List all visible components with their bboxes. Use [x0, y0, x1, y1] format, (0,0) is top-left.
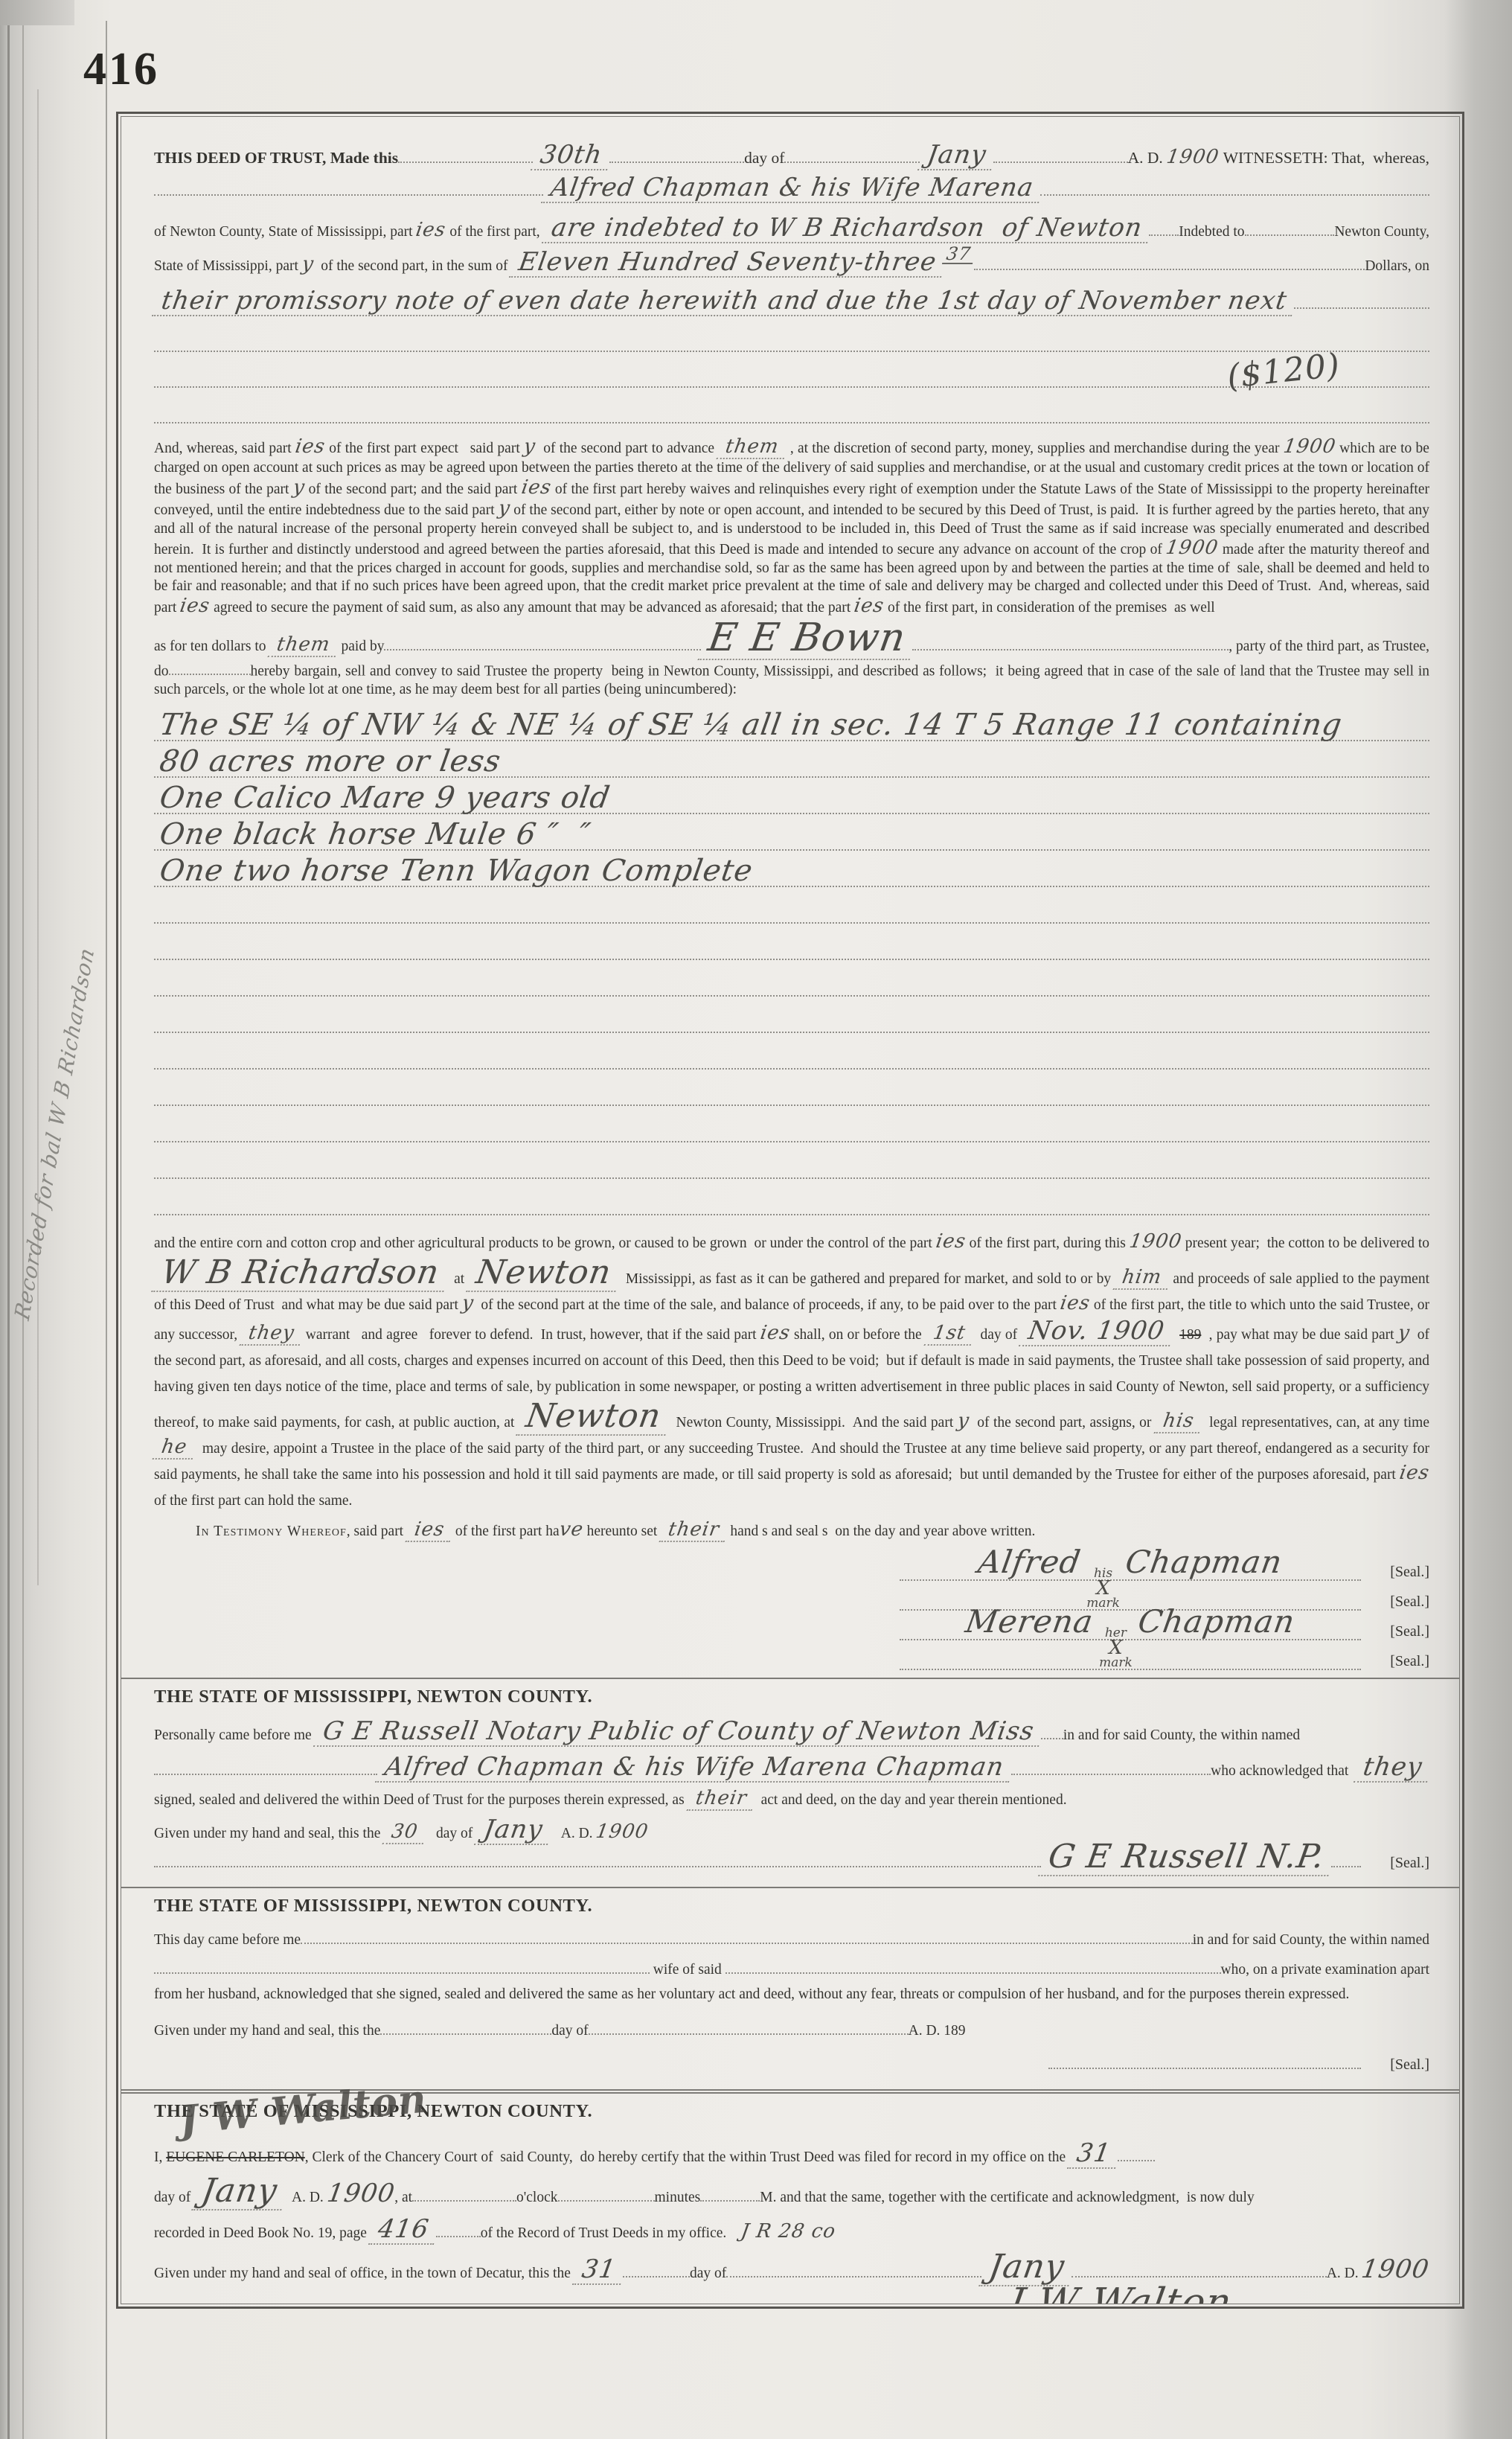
printed-text: A. D. 189	[909, 2022, 966, 2041]
blank-gap	[1071, 2260, 1327, 2277]
printed-text: , at	[394, 2189, 412, 2208]
printed-text: Newton County, Mississippi. And the said…	[668, 1415, 958, 1431]
blank-gap	[384, 634, 700, 650]
blank-gap	[154, 1759, 377, 1775]
handwritten-text: The SE ¼ of NW ¼ & NE ¼ of SE ¼ all in s…	[152, 710, 1345, 740]
printed-text: of the second part, in the sum of	[314, 258, 512, 276]
printed-text: present year; the cotton to be delivered…	[1182, 1236, 1433, 1251]
printed-text: and the entire corn and cotton crop and …	[154, 1236, 936, 1251]
handwritten-text: Jany	[917, 142, 996, 170]
testimony-line: In Testimony Whereof, said part ies of t…	[154, 1520, 1429, 1542]
handwritten-text: 31	[1067, 2141, 1120, 2169]
blank-gap	[436, 2220, 481, 2237]
handwritten-text: Newton	[466, 1256, 621, 1292]
mark-bottom-label: mark	[1099, 1657, 1133, 1669]
signature-rule: MerenaherXmarkChapman	[900, 1608, 1361, 1671]
blank-rule	[154, 997, 1429, 1033]
section-divider	[121, 1887, 1459, 1888]
handwritten-text: G E Russell N.P.	[1038, 1841, 1334, 1876]
deed-opening-segments: THIS DEED OF TRUST, Made this30thday ofJ…	[154, 142, 1429, 170]
printed-text: Indebted to	[1179, 223, 1244, 242]
printed-text: of the second part at the time of the sa…	[474, 1297, 1060, 1313]
ack2-line4-segments: Given under my hand and seal, this theda…	[154, 2018, 1429, 2040]
handwritten-text: his	[1153, 1411, 1202, 1433]
cert-line4-segments: Given under my hand and seal of office, …	[154, 2251, 1429, 2286]
printed-text: of the first part,	[446, 223, 543, 242]
handwritten-text: Jany	[191, 2175, 287, 2211]
blank-gap	[974, 254, 1365, 270]
handwritten-text: ies	[759, 1323, 792, 1343]
printed-text: paid by	[338, 638, 385, 656]
signer-first-name: Alfred	[976, 1549, 1083, 1576]
handwritten-text: their promissory note of even date herew…	[152, 288, 1296, 316]
handwritten-text: G E Russell Notary Public of County of N…	[313, 1719, 1043, 1747]
ack2-seal-row: [Seal.]	[154, 2052, 1429, 2077]
handwritten-text: y	[956, 1411, 971, 1431]
handwritten-text: 1900	[1282, 437, 1337, 456]
printed-text: of the second part; and the said part	[304, 482, 521, 497]
ack2-seal-rule	[154, 2052, 1361, 2068]
printed-text: 189	[1179, 1327, 1201, 1343]
blank-gap	[912, 634, 1228, 650]
printed-text: from her husband, acknowledged that she …	[154, 1986, 1349, 2002]
printed-text: in and for said County, the within named	[1063, 1727, 1300, 1745]
printed-text: shall, on or before the	[790, 1327, 926, 1343]
seal-label: [Seal.]	[1361, 1563, 1429, 1582]
state-heading: THE STATE OF MISSISSIPPI, NEWTON COUNTY.…	[154, 2103, 1429, 2121]
trustee-segments: as for ten dollars to them paid byE E Bo…	[154, 618, 1429, 660]
property-description-block: The SE ¼ of NW ¼ & NE ¼ of SE ¼ all in s…	[154, 705, 1429, 1215]
blank-rule	[154, 1033, 1429, 1070]
scan-corner-shadow	[0, 0, 74, 25]
printed-text: of the second part to advance	[536, 441, 719, 456]
printed-text: , pay what may be due said part	[1201, 1327, 1397, 1343]
book-binding-line	[37, 89, 39, 1585]
blank-gap	[154, 2053, 1048, 2068]
mark-x: X	[1099, 1639, 1133, 1658]
printed-text: minutes	[655, 2189, 701, 2208]
printed-text: Newton County,	[1334, 223, 1429, 242]
printed-text: of the second part, assigns, or	[969, 1415, 1155, 1431]
printed-text: I,	[154, 2149, 166, 2167]
printed-text: , party of the third part, as Trustee,	[1228, 638, 1429, 656]
printed-text: of the first part expect said part	[325, 441, 524, 456]
ack1-line2: Alfred Chapman & his Wife Marena Chapman…	[154, 1754, 1429, 1783]
signer-last-name: Chapman	[1136, 1608, 1297, 1635]
handwritten-text: One two horse Tenn Wagon Complete	[152, 856, 755, 886]
blank-rule	[154, 1179, 1429, 1215]
blank-gap	[398, 144, 533, 163]
printed-text: EUGENE CARLETON	[166, 2149, 305, 2167]
printed-text: of the first part, in consideration of t…	[884, 600, 1215, 616]
printed-text: of the first part ha	[452, 1524, 560, 1539]
handwritten-text: J W Walton	[998, 2283, 1242, 2304]
handwritten-text: W B Richardson	[151, 1256, 449, 1292]
printed-text: warrant and agree forever to defend. In …	[302, 1327, 760, 1343]
clerk-label: Clerk.	[1343, 2301, 1429, 2304]
ack1-line2-segments: Alfred Chapman & his Wife Marena Chapman…	[154, 1754, 1429, 1783]
ack1-line3: signed, sealed and delivered the within …	[154, 1789, 1429, 1811]
blank-gap	[784, 144, 919, 163]
handwritten-text: One black horse Mule 6 ″ ″	[152, 819, 593, 849]
printed-text: of Newton County, State of Mississippi, …	[154, 223, 416, 242]
book-binding-line	[22, 0, 24, 2439]
blank-gap	[1011, 1759, 1211, 1775]
seal-label: [Seal.]	[1361, 2056, 1429, 2074]
handwritten-text: 30th	[531, 142, 612, 170]
handwritten-text: 31	[572, 2257, 625, 2285]
handwritten-text: Jany	[474, 1817, 552, 1845]
printed-text: Mississippi, as fast as it can be gather…	[618, 1271, 1115, 1287]
blank-gap	[1149, 220, 1179, 236]
handwritten-text: ies	[294, 437, 327, 456]
blank-gap	[589, 2018, 909, 2034]
blank-rule	[154, 887, 1429, 924]
blank-gap	[1040, 179, 1429, 196]
blank-rule	[154, 1106, 1429, 1142]
printed-text: Personally came before me	[154, 1727, 315, 1745]
blank-gap	[1041, 1723, 1063, 1739]
printed-text: A. D.	[284, 2189, 327, 2208]
handwritten-text: E E Bown	[697, 618, 915, 660]
handwritten-text: 80 acres more or less	[152, 747, 503, 776]
handwritten-text: Nov. 1900	[1019, 1318, 1174, 1346]
handwritten-text: are indebted to W B Richardson of Newton	[542, 215, 1152, 243]
printed-text: hereby bargain, sell and convey to said …	[154, 663, 1433, 697]
printed-text: day of	[744, 149, 784, 167]
handwritten-text: y	[292, 478, 307, 497]
blank-rules-block: ($120)	[154, 316, 1429, 423]
handwritten-text: 1900	[325, 2181, 397, 2206]
blank-gap	[1331, 1851, 1361, 1867]
property-line: One black horse Mule 6 ″ ″	[154, 814, 1429, 851]
notary-signature: G E Russell N.P.	[154, 1841, 1361, 1876]
seal-label: [Seal.]	[1361, 1623, 1429, 1641]
handwritten-text: Eleven Hundred Seventy-three	[509, 249, 946, 278]
handwritten-text: 1900	[1165, 538, 1220, 557]
deed-grantors-line: Alfred Chapman & his Wife Marena	[154, 175, 1429, 203]
printed-text: may desire, appoint a Trustee in the pla…	[154, 1441, 1433, 1483]
blank-gap	[1245, 220, 1335, 236]
handwritten-text: ies	[853, 596, 885, 616]
printed-text: hand s and seal s on the day and year ab…	[727, 1524, 1036, 1539]
deed-county-segments: of Newton County, State of Mississippi, …	[154, 215, 1429, 243]
blank-gap	[1294, 293, 1429, 309]
blank-gap	[725, 1957, 1221, 1973]
blank-gap	[726, 2260, 981, 2277]
handwritten-text: ies	[1398, 1463, 1431, 1483]
blank-gap	[412, 2184, 516, 2201]
cert-line3-segments: recorded in Deed Book No. 19, page 416of…	[154, 2216, 1429, 2245]
handwritten-text: their	[686, 1789, 755, 1811]
blank-gap	[1239, 2298, 1343, 2304]
blank-rule	[154, 924, 1429, 960]
ack1-line1: Personally came before me G E Russell No…	[154, 1719, 1429, 1747]
blank-gap	[154, 2300, 1001, 2304]
cert-line3: recorded in Deed Book No. 19, page 416of…	[154, 2216, 1429, 2245]
printed-text: Dollars, on	[1365, 258, 1429, 276]
printed-text: of the first part, during this	[966, 1236, 1130, 1251]
printed-text: , at the discretion of second party, mon…	[787, 441, 1284, 456]
handwritten-text: ies	[520, 478, 553, 497]
handwritten-text: One Calico Mare 9 years old	[152, 783, 612, 813]
crop-and-trust-paragraph: and the entire corn and cotton crop and …	[154, 1230, 1429, 1514]
deed-county-line: of Newton County, State of Mississippi, …	[154, 215, 1429, 243]
deed-opening-line: THIS DEED OF TRUST, Made this30thday ofJ…	[154, 142, 1429, 170]
printed-text: hereunto set	[583, 1524, 661, 1539]
deed-grantors-segments: Alfred Chapman & his Wife Marena	[154, 175, 1429, 203]
handwritten-text: ve	[558, 1520, 585, 1539]
property-line: One two horse Tenn Wagon Complete	[154, 851, 1429, 887]
printed-text: agreed to secure the payment of said sum…	[210, 600, 854, 616]
state-heading: THE STATE OF MISSISSIPPI, NEWTON COUNTY.	[154, 1897, 1429, 1916]
handwritten-text: ies	[414, 220, 447, 240]
blank-gap	[154, 1851, 1041, 1867]
signature-mark: herXmark	[1099, 1627, 1133, 1669]
handwritten-text: their	[659, 1520, 728, 1542]
handwritten-text: Alfred Chapman & his Wife Marena Chapman	[375, 1754, 1013, 1783]
printed-text: THIS DEED OF TRUST, Made this	[154, 149, 398, 167]
ack1-signature-row: G E Russell N.P. [Seal.]	[154, 1841, 1429, 1879]
blank-rule	[154, 1070, 1429, 1106]
ack2-line1-segments: This day came before mein and for said C…	[154, 1927, 1429, 1949]
handwritten-text: Newton	[516, 1400, 670, 1436]
blank-gap	[623, 2260, 690, 2277]
handwritten-text: ies	[935, 1232, 967, 1251]
page-edge-line	[106, 21, 107, 2439]
blank-gap	[301, 1927, 1193, 1943]
blank-gap	[1118, 2144, 1155, 2161]
deed-note-segments: their promissory note of even date herew…	[154, 288, 1429, 316]
printed-text: day of	[973, 1327, 1021, 1343]
printed-text: who, on a private examination apart	[1221, 1961, 1429, 1980]
printed-text: day of	[154, 2189, 194, 2208]
book-binding-line	[7, 0, 10, 2439]
printed-text: who acknowledged that	[1211, 1762, 1356, 1781]
printed-text: legal representatives, can, at any time	[1201, 1415, 1433, 1431]
property-line: The SE ¼ of NW ¼ & NE ¼ of SE ¼ all in s…	[154, 705, 1429, 741]
ack2-line1: This day came before mein and for said C…	[154, 1927, 1429, 1949]
handwritten-text: 416	[368, 2216, 438, 2245]
seal-label: [Seal.]	[1361, 1593, 1429, 1611]
signer-last-name: Chapman	[1124, 1549, 1284, 1576]
signature-block: [Seal.] AlfredhisXmarkChapman [Seal.] [S…	[900, 1551, 1429, 1670]
printed-text: A. D.	[1128, 149, 1167, 167]
ack1-line1-segments: Personally came before me G E Russell No…	[154, 1719, 1429, 1747]
conveyance-paragraph: dohereby bargain, sell and convey to sai…	[154, 659, 1429, 699]
handwritten-text: ies	[1059, 1294, 1092, 1313]
printed-text	[1172, 1327, 1179, 1343]
signature-rule: AlfredhisXmarkChapman	[900, 1549, 1361, 1611]
handwritten-text: 1st	[923, 1323, 974, 1346]
blank-gap	[169, 659, 251, 675]
blank-gap	[609, 144, 744, 163]
cert-line1: I, EUGENE CARLETON, Clerk of the Chancer…	[154, 2141, 1429, 2169]
printed-text: Given under my hand and seal, this the	[154, 2022, 380, 2041]
printed-text: , said part	[347, 1524, 407, 1539]
printed-text: Given under my hand and seal of office, …	[154, 2265, 574, 2283]
printed-text: day of	[690, 2265, 726, 2283]
blank-gap	[154, 1957, 650, 1973]
printed-text: recorded in Deed Book No. 19, page	[154, 2225, 371, 2243]
printed-text: signed, sealed and delivered the within …	[154, 1792, 688, 1808]
signer-first-name: Merena	[964, 1608, 1095, 1635]
cert-line4: Given under my hand and seal of office, …	[154, 2251, 1429, 2286]
section-divider	[121, 1678, 1459, 1679]
handwritten-text: them	[268, 635, 339, 657]
property-line: One Calico Mare 9 years old	[154, 778, 1429, 814]
clerk-signature: J W Walton	[154, 2283, 1343, 2304]
cert-line2: day of Jany A. D. 1900, ato'clockminutes…	[154, 2175, 1429, 2211]
printed-text: This day came before me	[154, 1931, 301, 1950]
printed-text: In Testimony Whereof	[196, 1524, 347, 1539]
cert-signature-row: J W Walton Clerk.	[154, 2283, 1429, 2304]
printed-text: act and deed, on the day and year therei…	[754, 1792, 1067, 1808]
handwritten-text: 1900	[1360, 2257, 1432, 2282]
blank-gap	[380, 2018, 551, 2034]
blank-gap	[700, 2184, 760, 2201]
printed-text: A. D.	[1327, 2265, 1362, 2283]
ack2-line2: wife of said who, on a private examinati…	[154, 1957, 1429, 1979]
blank-rule	[154, 316, 1429, 352]
handwritten-text: him	[1113, 1268, 1170, 1290]
seal-label: [Seal.]	[1361, 1854, 1429, 1873]
deed-note-line: their promissory note of even date herew…	[154, 288, 1429, 316]
cert-line2-segments: day of Jany A. D. 1900, ato'clockminutes…	[154, 2175, 1429, 2211]
printed-text: And, whereas, said part	[154, 441, 295, 456]
blank-gap	[1048, 2052, 1361, 2068]
blank-gap	[558, 2184, 655, 2201]
deed-form-content: THIS DEED OF TRUST, Made this30thday ofJ…	[121, 116, 1460, 2304]
deed-sum-segments: State of Mississippi, part y of the seco…	[154, 249, 1429, 278]
deed-form-frame: THIS DEED OF TRUST, Made this30thday ofJ…	[116, 112, 1464, 2309]
printed-text: as for ten dollars to	[154, 638, 269, 656]
cert-line1-segments: I, EUGENE CARLETON, Clerk of the Chancer…	[154, 2141, 1429, 2169]
printed-text: do	[154, 663, 169, 679]
printed-text: day of	[551, 2022, 588, 2041]
ack2-line2-segments: wife of said who, on a private examinati…	[154, 1957, 1429, 1979]
handwritten-text: ies	[179, 596, 211, 616]
handwritten-text: they	[240, 1323, 304, 1346]
deed-covenants-paragraph: And, whereas, said part ies of the first…	[154, 437, 1429, 617]
printed-text: of the Record of Trust Deeds in my offic…	[481, 2225, 741, 2243]
handwritten-text: they	[1354, 1754, 1432, 1783]
printed-text: State of Mississippi, part	[154, 258, 302, 276]
deed-sum-line: State of Mississippi, part y of the seco…	[154, 249, 1429, 278]
printed-text: in and for said County, the within named	[1193, 1931, 1429, 1950]
handwritten-text: ies	[406, 1520, 454, 1542]
handwritten-text: 1900	[1165, 147, 1220, 167]
ack2-line3: from her husband, acknowledged that she …	[154, 1985, 1429, 2004]
property-line: 80 acres more or less	[154, 741, 1429, 778]
handwritten-text: 1900	[595, 1822, 650, 1841]
seal-label: [Seal.]	[1361, 1652, 1429, 1671]
handwritten-text: 1900	[1128, 1232, 1183, 1251]
printed-text: WITNESSETH: That, whereas,	[1219, 149, 1429, 167]
printed-text: o'clock	[516, 2189, 558, 2208]
handwritten-text: 37	[942, 245, 976, 264]
trustee-line: as for ten dollars to them paid byE E Bo…	[154, 618, 1429, 657]
handwritten-text: 30	[382, 1822, 427, 1844]
handwritten-text: Alfred Chapman & his Wife Marena	[541, 175, 1043, 203]
handwritten-text: J R 28 co	[740, 2222, 837, 2241]
printed-text: , Clerk of the Chancery Court of said Co…	[305, 2149, 1069, 2167]
signature-row: MerenaherXmarkChapman [Seal.]	[900, 1640, 1429, 1670]
printed-text: wife of said	[650, 1961, 725, 1980]
printed-text: at	[446, 1271, 469, 1287]
printed-text: M. and that the same, together with the …	[760, 2189, 1254, 2208]
blank-gap	[154, 179, 543, 196]
ack2-line4: Given under my hand and seal, this theda…	[154, 2018, 1429, 2040]
handwritten-text: them	[717, 437, 788, 459]
blank-gap	[993, 144, 1128, 163]
handwritten-text: he	[153, 1437, 196, 1460]
blank-rule	[154, 1142, 1429, 1179]
state-heading: THE STATE OF MISSISSIPPI, NEWTON COUNTY.	[154, 1688, 1429, 1707]
page-number: 416	[83, 43, 159, 96]
blank-rule	[154, 960, 1429, 997]
mark-x: X	[1086, 1579, 1120, 1598]
handwritten-text: y	[497, 499, 512, 518]
